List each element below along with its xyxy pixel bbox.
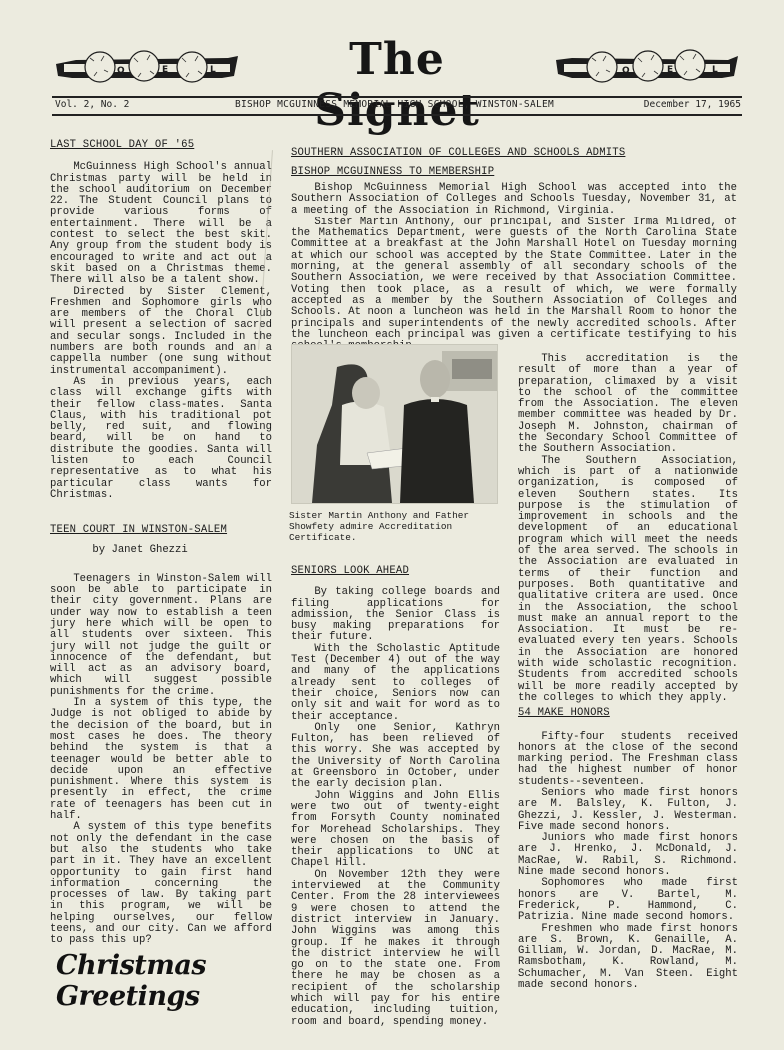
svg-text:O: O — [117, 66, 125, 76]
newspaper-page: N O E L The Signet N O E L Vol. 2, No. 2… — [0, 0, 784, 1050]
photo-caption: Sister Martin Anthony and Father Showfet… — [289, 510, 501, 543]
byline: by Janet Ghezzi — [50, 545, 272, 556]
article-paragraph: Fifty-four students received honors at t… — [518, 732, 738, 788]
accreditation-photo — [291, 344, 498, 504]
southern-association-lead: Bishop McGuinness Memorial High School w… — [291, 183, 737, 363]
article-paragraph: A system of this type benefits not only … — [50, 822, 272, 946]
photo-nun-and-priest-icon — [292, 345, 497, 503]
article-paragraph: The Southern Association, which is part … — [518, 456, 738, 705]
svg-text:N: N — [66, 65, 74, 75]
article-paragraph: In a system of this type, the Judge is n… — [50, 698, 272, 822]
article-paragraph: McGuinness High School's annual Christma… — [50, 162, 272, 286]
headline-line-1: SOUTHERN ASSOCIATION OF COLLEGES AND SCH… — [291, 144, 741, 163]
noel-wreath-banner-left-icon: N O E L — [52, 46, 242, 86]
svg-text:L: L — [712, 65, 718, 75]
volume-number: Vol. 2, No. 2 — [55, 99, 129, 110]
southern-association-headline: SOUTHERN ASSOCIATION OF COLLEGES AND SCH… — [291, 144, 741, 182]
article-paragraph: Bishop McGuinness Memorial High School w… — [291, 183, 737, 217]
article-paragraph: Sister Martin Anthony, our principal, an… — [291, 217, 737, 363]
headline-line-2: BISHOP MCGUINNESS TO MEMBERSHIP — [291, 163, 741, 182]
article-paragraph: On November 12th they were interviewed a… — [291, 870, 500, 1028]
masthead-bottom-rule — [52, 114, 742, 116]
issue-date: December 17, 1965 — [644, 99, 741, 110]
headline-teen-court: TEEN COURT IN WINSTON-SALEM — [50, 525, 272, 536]
article-paragraph: Only one Senior, Kathryn Fulton, has bee… — [291, 723, 500, 791]
headline-54-make-honors: 54 MAKE HONORS — [518, 708, 738, 719]
middle-column: SENIORS LOOK AHEAD By taking college boa… — [291, 566, 500, 1028]
newspaper-title: The Signet — [267, 34, 527, 136]
school-name: BISHOP MCGUINNESS MEMORIAL HIGH SCHOOL, … — [235, 99, 554, 110]
article-paragraph: Directed by Sister Clement, Freshmen and… — [50, 287, 272, 377]
issue-info-bar: Vol. 2, No. 2 BISHOP MCGUINNESS MEMORIAL… — [55, 99, 741, 113]
article-paragraph: Freshmen who made first honors are S. Br… — [518, 924, 738, 992]
headline-seniors-look-ahead: SENIORS LOOK AHEAD — [291, 566, 500, 577]
masthead: N O E L The Signet N O E L — [52, 38, 742, 94]
right-column: This accreditation is the result of more… — [518, 354, 738, 991]
article-paragraph: Teenagers in Winston-Salem will soon be … — [50, 574, 272, 698]
article-paragraph: With the Scholastic Aptitude Test (Decem… — [291, 644, 500, 723]
noel-wreath-banner-right-icon: N O E L — [552, 46, 742, 86]
headline-last-school-day: LAST SCHOOL DAY OF '65 — [50, 140, 272, 151]
christmas-greetings-script: Christmas Greetings — [56, 950, 276, 1010]
svg-text:L: L — [210, 65, 216, 75]
article-paragraph: Seniors who made first honors are M. Bal… — [518, 788, 738, 833]
masthead-top-rule — [52, 96, 742, 98]
article-paragraph: This accreditation is the result of more… — [518, 354, 738, 456]
article-paragraph: Juniors who made first honors are J. Hre… — [518, 833, 738, 878]
svg-text:E: E — [162, 65, 168, 75]
article-paragraph: John Wiggins and John Ellis were two out… — [291, 791, 500, 870]
article-paragraph: As in previous years, each class will ex… — [50, 377, 272, 501]
svg-text:E: E — [667, 65, 673, 75]
article-paragraph: Sophomores who made first honors are V. … — [518, 878, 738, 923]
svg-text:O: O — [622, 66, 630, 76]
svg-text:N: N — [574, 65, 582, 75]
article-paragraph: By taking college boards and filing appl… — [291, 587, 500, 643]
left-column: LAST SCHOOL DAY OF '65 McGuinness High S… — [50, 140, 272, 947]
